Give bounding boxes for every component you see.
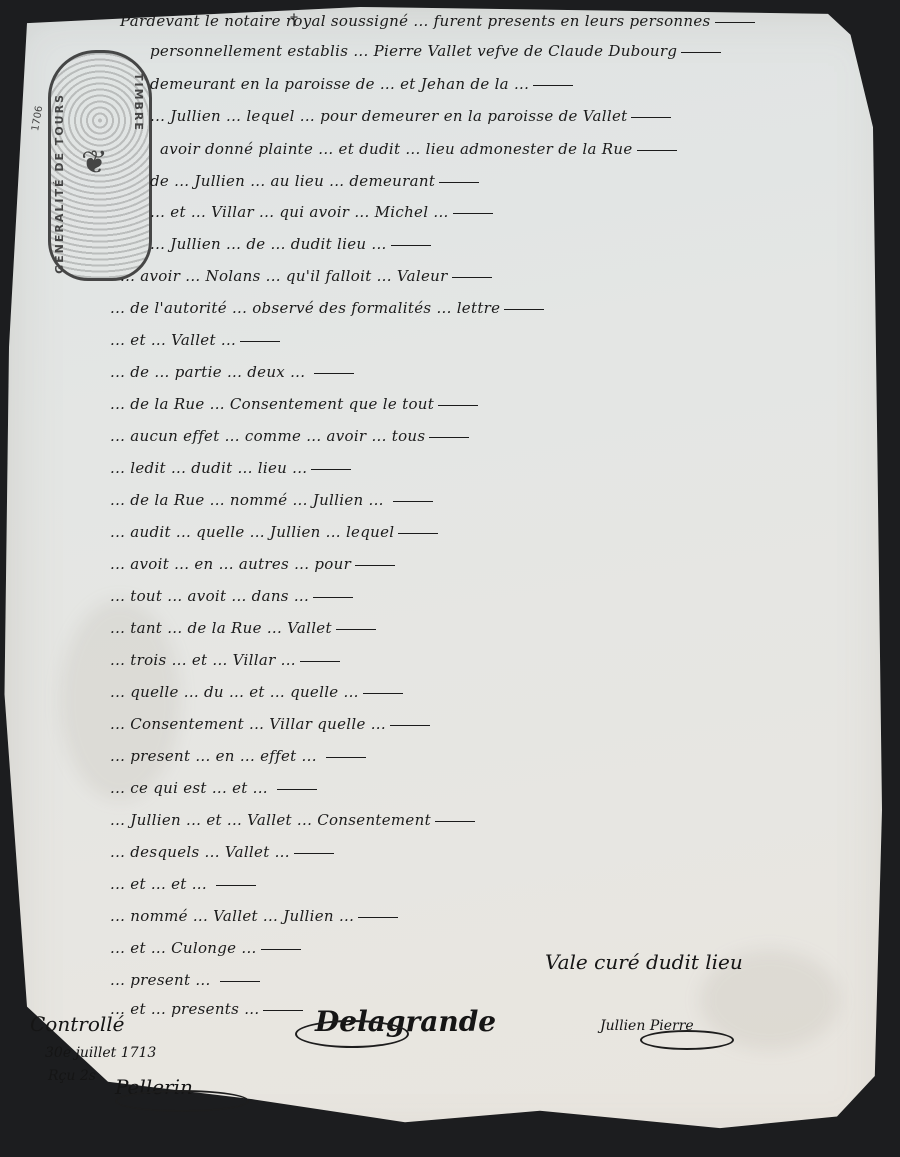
stamp-text-left: GENERALITÉ DE TOURS bbox=[53, 93, 66, 274]
text-line: ... Jullien ... de ... dudit lieu ... bbox=[150, 235, 431, 253]
text-line: ... tout ... avoit ... dans ... bbox=[110, 587, 353, 605]
text-line: ... et ... Vallet ... bbox=[110, 331, 280, 349]
signature-paraph bbox=[295, 1020, 409, 1048]
text-line: ... et ... et ... bbox=[110, 875, 256, 893]
text-line: ... et ... Culonge ... bbox=[110, 939, 301, 957]
text-line: ... ce qui est ... et ... bbox=[110, 779, 317, 797]
text-line: ... nommé ... Vallet ... Jullien ... bbox=[110, 907, 398, 925]
text-line: ... present ... en ... effet ... bbox=[110, 747, 366, 765]
text-line: ... audit ... quelle ... Jullien ... leq… bbox=[110, 523, 438, 541]
text-line: Pardevant le notaire royal soussigné ...… bbox=[120, 12, 755, 30]
text-line: ... trois ... et ... Villar ... bbox=[110, 651, 340, 669]
text-line: ... Jullien ... lequel ... pour demeurer… bbox=[150, 107, 671, 125]
text-line: ... Consentement ... Villar quelle ... bbox=[110, 715, 430, 733]
text-line: ... quelle ... du ... et ... quelle ... bbox=[110, 683, 403, 701]
text-line: de ... Jullien ... au lieu ... demeurant bbox=[150, 172, 479, 190]
text-line: ... present ... bbox=[110, 971, 260, 989]
signature-cure: Vale curé dudit lieu bbox=[545, 950, 743, 974]
text-line: ... et ... Villar ... qui avoir ... Mich… bbox=[150, 203, 493, 221]
text-line: ... de la Rue ... nommé ... Jullien ... bbox=[110, 491, 433, 509]
signature-paraph bbox=[115, 1090, 249, 1112]
control-date: 30e juillet 1713 bbox=[45, 1045, 156, 1061]
text-line: ... de ... partie ... deux ... bbox=[110, 363, 354, 381]
control-label: Controllé bbox=[30, 1012, 125, 1036]
text-line: ... tant ... de la Rue ... Vallet bbox=[110, 619, 376, 637]
text-line: ... Jullien ... et ... Vallet ... Consen… bbox=[110, 811, 475, 829]
text-line: ... avoit ... en ... autres ... pour bbox=[110, 555, 395, 573]
tax-stamp: GENERALITÉ DE TOURS TIMBRE 1706 ❦ bbox=[48, 50, 152, 281]
stamp-ornament-icon: ❦ bbox=[81, 143, 108, 181]
text-line: ... desquels ... Vallet ... bbox=[110, 843, 334, 861]
text-line: ... aucun effet ... comme ... avoir ... … bbox=[110, 427, 469, 445]
text-line: personnellement establis ... Pierre Vall… bbox=[150, 42, 721, 60]
control-fee: Rçu 2s bbox=[48, 1068, 96, 1084]
text-line: ... ledit ... dudit ... lieu ... bbox=[110, 459, 351, 477]
signature-paraph bbox=[640, 1030, 734, 1050]
stamp-text-right: TIMBRE bbox=[132, 73, 145, 132]
text-line: ... et ... presents ... bbox=[110, 1000, 303, 1018]
text-line: demeurant en la paroisse de ... et Jehan… bbox=[150, 75, 573, 93]
text-line: ... de la Rue ... Consentement que le to… bbox=[110, 395, 478, 413]
text-line: ... de l'autorité ... observé des formal… bbox=[110, 299, 544, 317]
text-line: ... avoir ... Nolans ... qu'il falloit .… bbox=[120, 267, 492, 285]
text-line: avoir donné plainte ... et dudit ... lie… bbox=[160, 140, 677, 158]
